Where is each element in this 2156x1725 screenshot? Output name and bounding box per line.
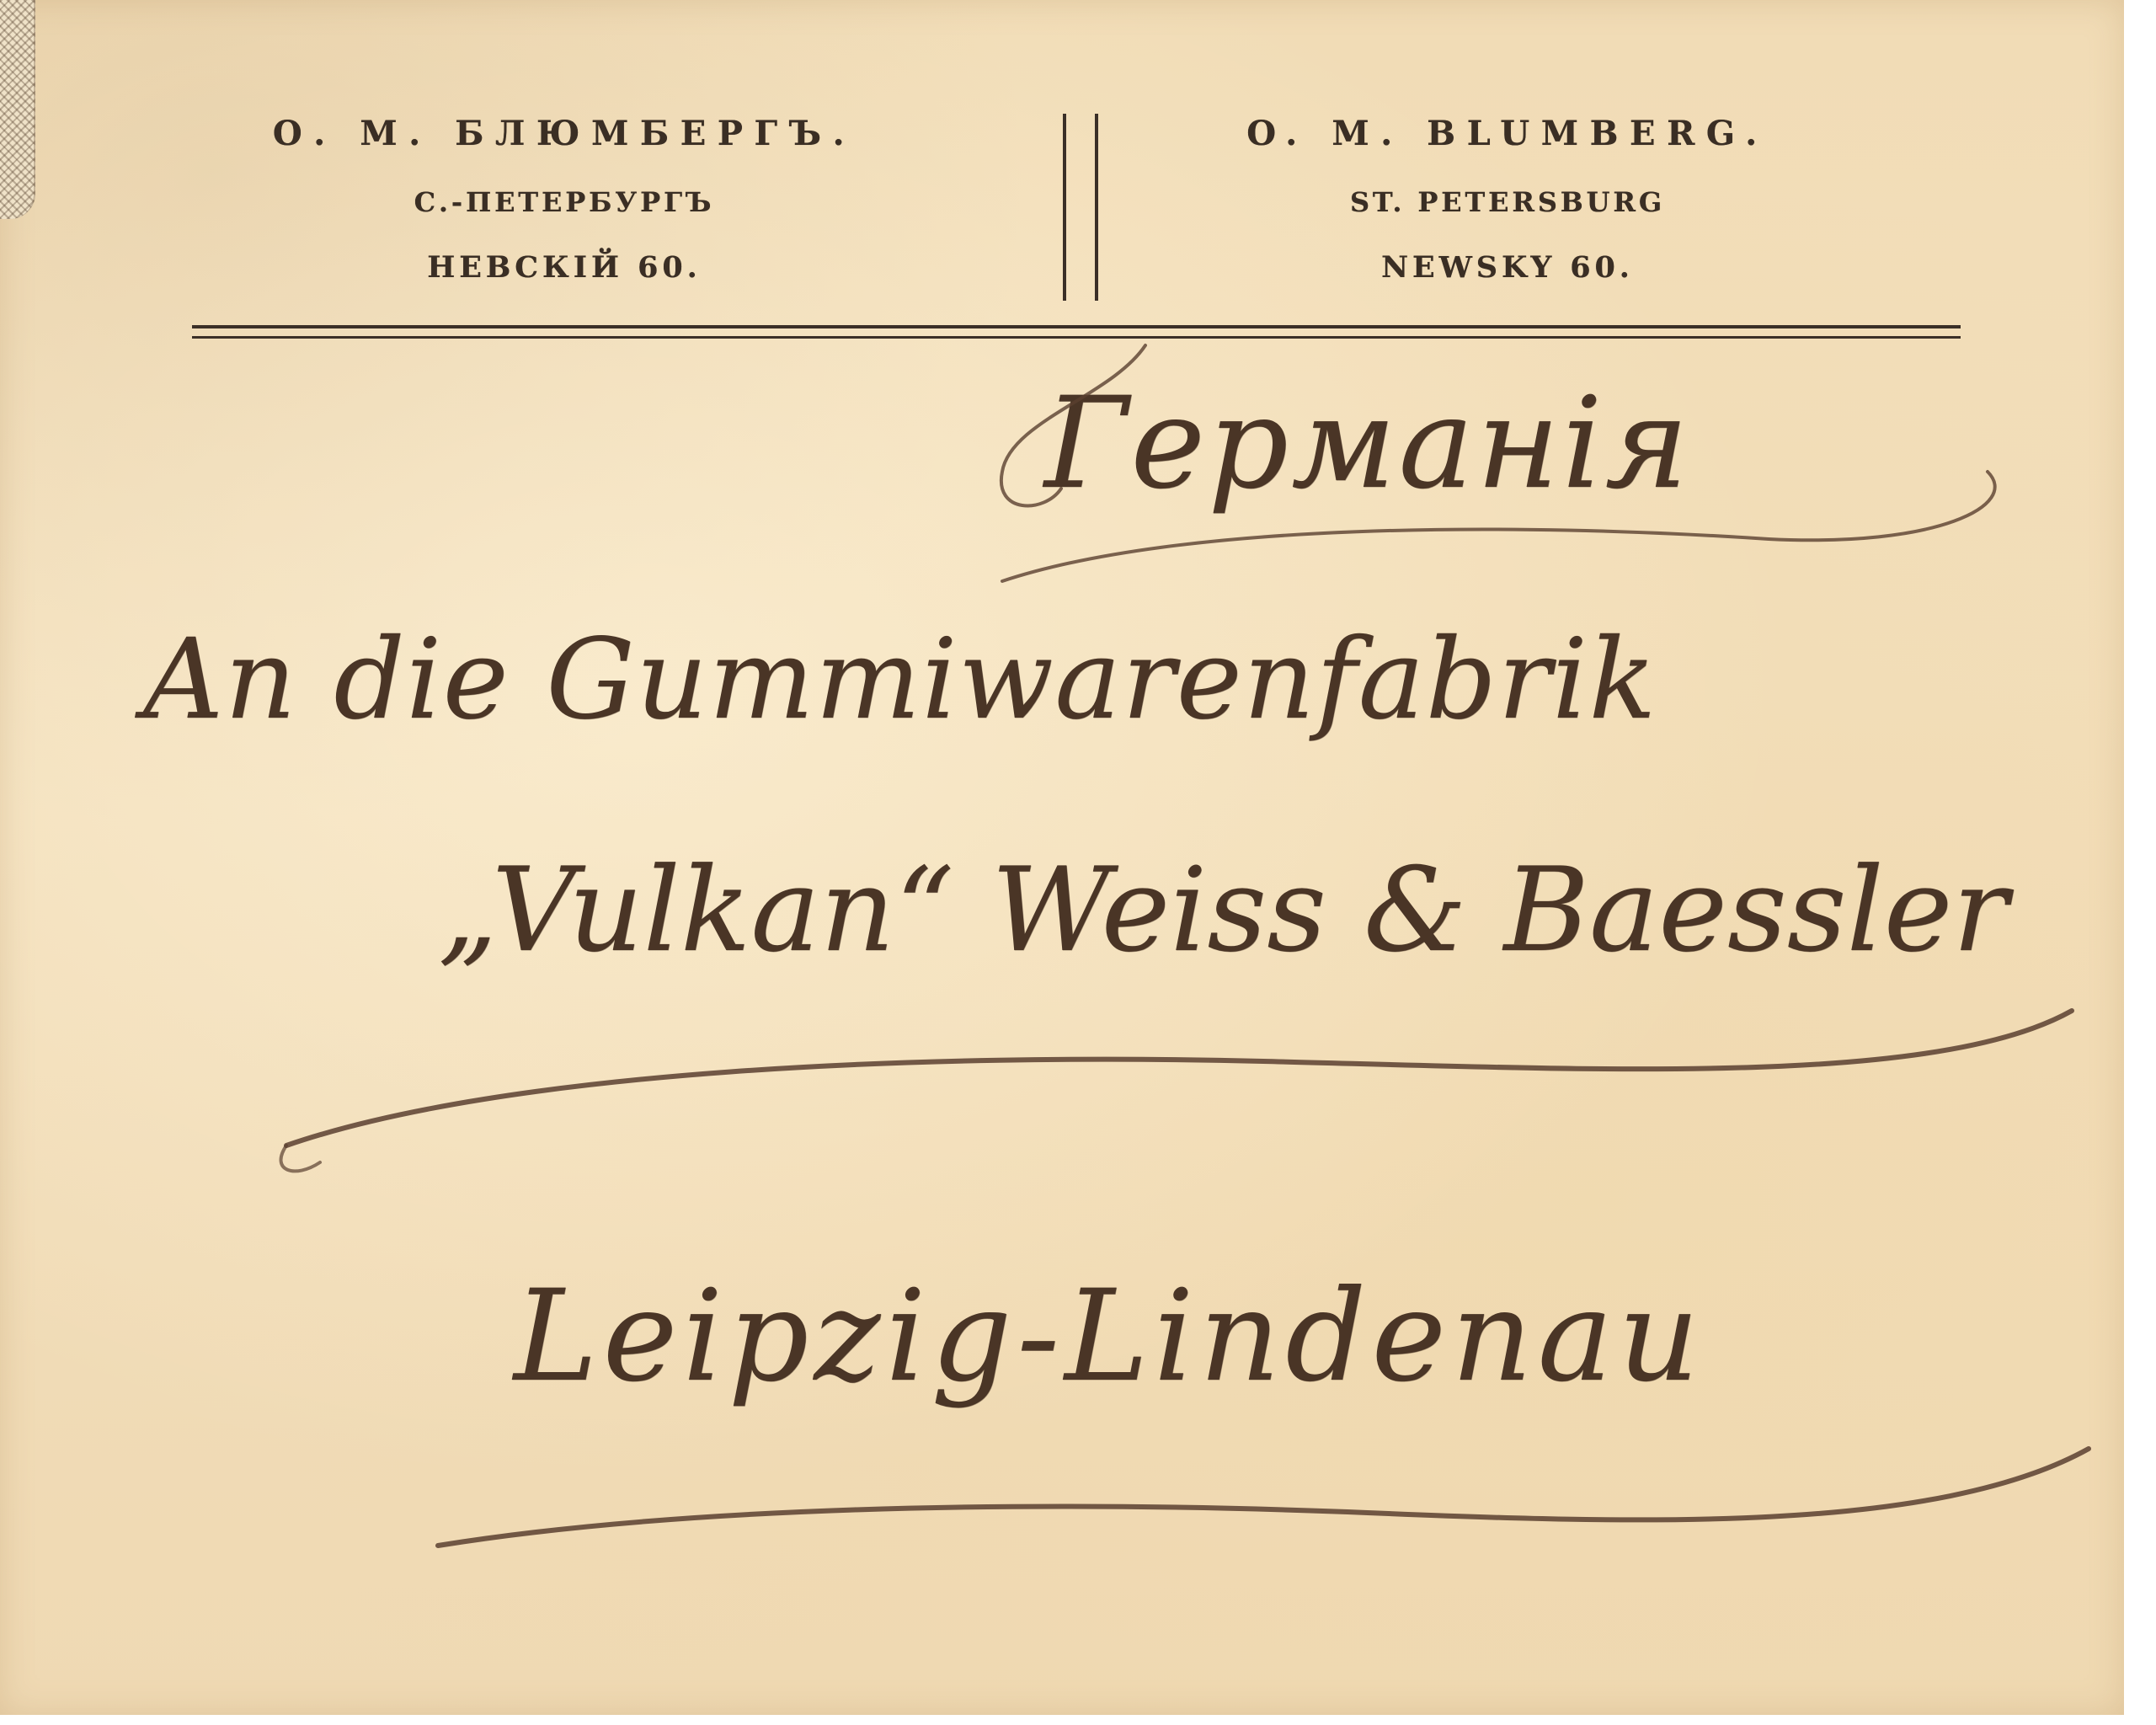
sender-city-russian: С.-ПЕТЕРБУРГЪ	[194, 185, 935, 219]
sender-name-latin: O. M. BLUMBERG.	[1137, 113, 1878, 155]
address-line-recipient: An die Gummiwarenfabrik	[143, 615, 1657, 745]
sender-city-latin: ST. PETERSBURG	[1137, 185, 1878, 219]
torn-edge	[0, 0, 35, 219]
sender-name-russian: О. М. БЛЮМБЕРГЪ.	[194, 113, 935, 155]
flourish-company-tail	[281, 1146, 320, 1171]
address-country: Германія	[1044, 371, 1691, 517]
letterhead-rule-top	[192, 325, 1961, 328]
letterhead-divider-right	[1095, 114, 1098, 301]
envelope: О. М. БЛЮМБЕРГЪ. С.-ПЕТЕРБУРГЪ НЕВСКІЙ 6…	[0, 0, 2124, 1715]
letterhead: О. М. БЛЮМБЕРГЪ. С.-ПЕТЕРБУРГЪ НЕВСКІЙ 6…	[194, 101, 1962, 303]
letterhead-latin: O. M. BLUMBERG. ST. PETERSBURG NEWSKY 60…	[1137, 101, 1878, 286]
letterhead-russian: О. М. БЛЮМБЕРГЪ. С.-ПЕТЕРБУРГЪ НЕВСКІЙ 6…	[194, 101, 935, 286]
address-line-company: „Vulkan“ Weiss & Baessler	[438, 842, 2008, 978]
sender-street-latin: NEWSKY 60.	[1137, 249, 1878, 286]
address-line-city: Leipzig-Lindenau	[514, 1263, 1705, 1410]
sender-street-russian: НЕВСКІЙ 60.	[194, 249, 935, 286]
flourish-city	[438, 1449, 2089, 1546]
letterhead-divider-left	[1063, 114, 1066, 301]
flourish-company	[286, 1011, 2072, 1146]
letterhead-rule-bottom	[192, 336, 1961, 339]
